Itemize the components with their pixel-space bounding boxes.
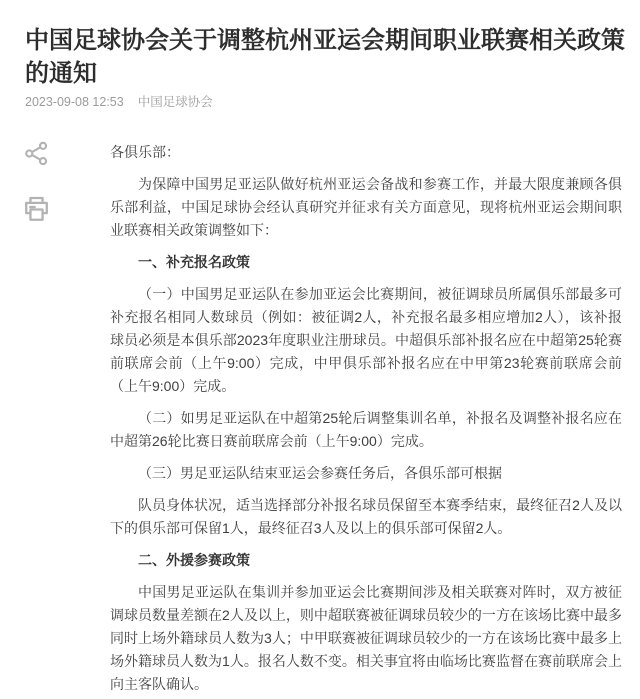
section-heading: 一、补充报名政策 — [110, 251, 622, 274]
paragraph: 为保障中国男足亚运队做好杭州亚运会备战和参赛工作，并最大限度兼顾各俱乐部利益，中… — [110, 173, 622, 242]
article-source: 中国足球协会 — [138, 95, 213, 109]
paragraph: （一）中国男足亚运队在参加亚运会比赛期间，被征调球员所属俱乐部最多可补充报名相同… — [110, 283, 622, 398]
paragraph: 队员身体状况，适当选择部分补报名球员保留至本赛季结束，最终征召2人及以下的俱乐部… — [110, 494, 622, 540]
page-title: 中国足球协会关于调整杭州亚运会期间职业联赛相关政策的通知 — [25, 24, 627, 90]
side-toolbar — [20, 137, 52, 225]
article-page: 中国足球协会关于调整杭州亚运会期间职业联赛相关政策的通知 2023-09-08 … — [0, 0, 640, 699]
article-body: 各俱乐部：为保障中国男足亚运队做好杭州亚运会备战和参赛工作，并最大限度兼顾各俱乐… — [110, 141, 622, 696]
paragraph: 中国男足亚运队在集训并参加亚运会比赛期间涉及相关联赛对阵时，双方被征调球员数量差… — [110, 581, 622, 696]
share-button[interactable] — [20, 137, 52, 169]
publish-date: 2023-09-08 12:53 — [25, 95, 124, 109]
paragraph: （三）男足亚运队结束亚运会参赛任务后，各俱乐部可根据 — [110, 462, 622, 485]
print-icon — [22, 195, 51, 224]
section-heading: 二、外援参赛政策 — [110, 549, 622, 572]
paragraph: （二）如男足亚运队在中超第25轮后调整集训名单，补报名及调整补报名应在中超第26… — [110, 407, 622, 453]
share-icon — [23, 140, 50, 167]
print-button[interactable] — [20, 193, 52, 225]
article-meta: 2023-09-08 12:53中国足球协会 — [25, 94, 213, 110]
paragraph: 各俱乐部： — [110, 141, 622, 164]
